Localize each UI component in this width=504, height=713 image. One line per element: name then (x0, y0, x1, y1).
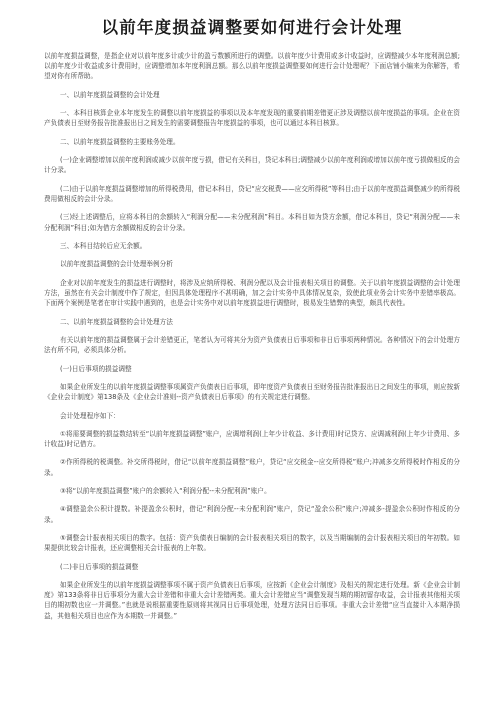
section-heading: 会计处理程序如下： (44, 411, 460, 421)
body-paragraph: (一)企业调整增加以前年度利润或减少以前年度亏损，借记有关科目，贷记本科目;调整… (44, 155, 460, 175)
intro-paragraph: 以前年度损益调整，是指企业对以前年度多计或少计的盈亏数额所进行的调整。以前年度少… (44, 51, 460, 82)
list-item-step-1: ①将需要调整的损益数结转至“以前年度损益调整”账户，应调增利润(上年少计收益、多… (44, 429, 460, 449)
list-item-step-4: ④调整盈余公积计提数。补提盈余公积时，借记“利润分配--未分配利润”账户，贷记“… (44, 504, 460, 524)
body-paragraph: 有关以前年度的损益调整属于会计差错更正，笔者认为可将其分为资产负债表日后事项和非… (44, 335, 460, 355)
section-heading: (二)非日后事项的损益调整 (44, 562, 460, 572)
document-page: 以前年度损益调整要如何进行会计处理 以前年度损益调整，是指企业对以前年度多计或少… (0, 0, 504, 713)
body-paragraph: 企业对以前年度发生的损益进行调整时，将涉及应纳所得税、利润分配以及会计报表相关项… (44, 278, 460, 309)
body-paragraph: 如果企业所发生的以前年度损益调整事项不属于资产负债表日后事项，应按新《企业会计制… (44, 580, 460, 621)
section-heading: 一、以前年度损益调整的会计处理 (44, 90, 460, 100)
section-heading: 二、以前年度损益调整的主要账务处理。 (44, 137, 460, 147)
body-paragraph: (二)由于以前年度损益调整增加的所得税费用，借记本科目，贷记“应交税费——应交所… (44, 184, 460, 204)
section-heading: 三、本科目结转后应无余额。 (44, 241, 460, 251)
body-paragraph: (三)经上述调整后，应将本科目的余额转入“利润分配——未分配利润”科目。本科目如… (44, 212, 460, 232)
list-item-step-2: ②作所得税的税调整。补交所得税时，借记“以前年度损益调整”账户，贷记“应交税金-… (44, 457, 460, 477)
body-paragraph: 一、本科目核算企业本年度发生的调整以前年度损益的事项以及本年度发现的重要前期差错… (44, 108, 460, 128)
body-paragraph: 如果企业所发生的以前年度损益调整事项属资产负债表日后事项，即年度资产负债表日至财… (44, 382, 460, 402)
section-heading: (一)日后事项的损益调整 (44, 364, 460, 374)
list-item-step-3: ③将“以前年度损益调整”账户的余额转入“利润分配--未分配利润”账户。 (44, 486, 460, 496)
section-heading: 二、以前年度损益调整的会计处理方法 (44, 317, 460, 327)
section-heading: 以前年度损益调整的会计处理举例分析 (44, 259, 460, 269)
document-body: 以前年度损益调整，是指企业对以前年度多计或少计的盈亏数额所进行的调整。以前年度少… (44, 51, 460, 621)
document-title: 以前年度损益调整要如何进行会计处理 (44, 17, 460, 39)
list-item-step-5: ⑤调整会计报表相关项目的数字。包括：资产负债表日编制的会计报表相关项目的数字，以… (44, 533, 460, 553)
